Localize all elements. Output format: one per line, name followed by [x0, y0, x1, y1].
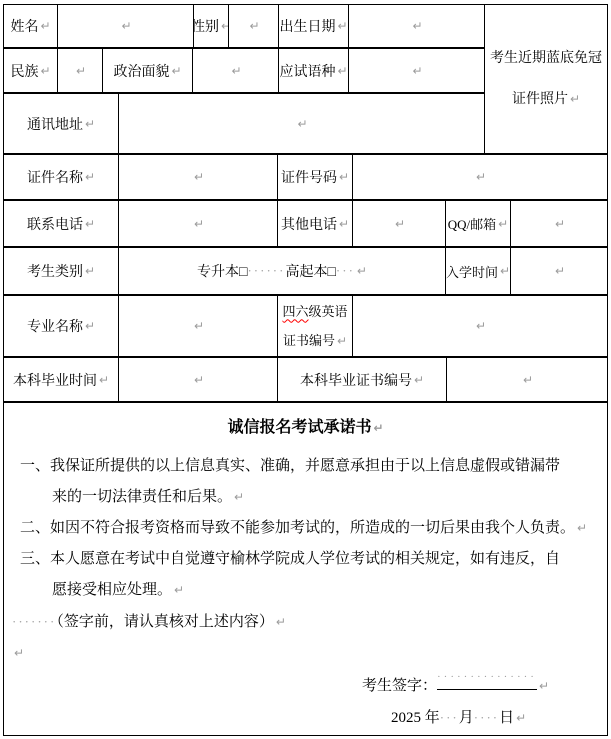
tab-leader-dots: ······· [12, 614, 56, 629]
paragraph-mark-icon: ↵ [85, 217, 95, 231]
signature-line: 考生签字：···················↵ [10, 669, 601, 702]
date-year: 2025 [391, 710, 421, 726]
gender-input-cell[interactable]: ↵ [229, 5, 279, 47]
signature-blank-field[interactable]: ··················· [437, 669, 537, 690]
other-phone-input-cell[interactable]: ↵ [353, 201, 446, 246]
date-day-label: 日 [499, 710, 514, 726]
paragraph-mark-icon: ↵ [476, 319, 486, 333]
paragraph-mark-icon: ↵ [555, 264, 565, 278]
paragraph-mark-icon: ↵ [231, 64, 241, 78]
paragraph-mark-icon: ↵ [395, 217, 405, 231]
paragraph-mark-icon: ↵ [523, 373, 533, 387]
paragraph-mark-icon: ↵ [14, 646, 24, 660]
mailing-address-input-cell[interactable]: ↵ [119, 94, 484, 153]
paragraph-mark-icon: ↵ [194, 319, 204, 333]
date-month-label: 月 [459, 710, 474, 726]
row-mailing-address: 通讯地址↵ ↵ [4, 94, 484, 153]
form-table: 姓名↵ ↵ 性别↵ ↵ 出生日期↵ ↵ 民族↵ ↵ 政治面貌↵ ↵ 应试语种↵ … [3, 4, 608, 736]
paragraph-mark-icon: ↵ [99, 373, 109, 387]
paragraph-mark-icon: ↵ [339, 170, 349, 184]
paragraph-mark-icon: ↵ [194, 217, 204, 231]
enroll-time-input-cell[interactable]: ↵ [511, 248, 607, 294]
paragraph-mark-icon: ↵ [337, 19, 347, 33]
id-name-input-cell[interactable]: ↵ [119, 155, 278, 199]
paragraph-mark-icon: ↵ [412, 19, 422, 33]
candidate-category-label: 考生类别↵ [4, 248, 119, 294]
grad-cert-no-input-cell[interactable]: ↵ [447, 358, 607, 401]
pledge-item-2: 二、如因不符合报考资格而导致不能参加考试的，所造成的一切后果由我个人负责。↵ [10, 513, 601, 544]
paragraph-mark-icon: ↵ [476, 170, 486, 184]
paragraph-mark-icon: ↵ [516, 711, 526, 725]
cet-cert-label-line1: 四六级英语 [282, 297, 347, 326]
cet-cert-label-line2: 证书编号↵ [282, 326, 347, 356]
paragraph-mark-icon: ↵ [40, 64, 50, 78]
contact-phone-label: 联系电话↵ [4, 201, 119, 246]
exam-language-label: 应试语种↵ [279, 49, 349, 92]
paragraph-mark-icon: ↵ [194, 170, 204, 184]
gender-label: 性别↵ [194, 5, 229, 47]
paragraph-mark-icon: ↵ [249, 19, 259, 33]
row-id-certificate: 证件名称↵ ↵ 证件号码↵ ↵ [4, 155, 607, 201]
paragraph-mark-icon: ↵ [577, 521, 587, 535]
political-status-label: 政治面貌↵ [103, 49, 193, 92]
grad-time-input-cell[interactable]: ↵ [119, 358, 278, 401]
photo-label-line2: 证件照片↵ [512, 79, 580, 120]
qq-email-input-cell[interactable]: ↵ [511, 201, 607, 246]
space-dots: ···· [474, 710, 499, 725]
grad-time-label: 本科毕业时间↵ [4, 358, 119, 401]
pledge-item-1: 一、我保证所提供的以上信息真实、准确，并愿意承担由于以上信息虚假或错漏带 来的一… [10, 451, 601, 513]
paragraph-mark-icon: ↵ [85, 170, 95, 184]
ethnicity-label: 民族↵ [4, 49, 58, 92]
grad-cert-no-label: 本科毕业证书编号↵ [278, 358, 447, 401]
paragraph-mark-icon: ↵ [85, 264, 95, 278]
paragraph-mark-icon: ↵ [539, 679, 549, 693]
name-input-cell[interactable]: ↵ [58, 5, 194, 47]
spellcheck-underline: 四六 [282, 304, 308, 319]
blank-line: ↵ [10, 638, 601, 669]
space-dots: ··· [440, 710, 459, 725]
qq-email-label: QQ/邮箱↵ [446, 201, 511, 246]
paragraph-mark-icon: ↵ [121, 19, 131, 33]
signature-label: 考生签字： [362, 678, 437, 694]
photo-label-line1: 考生近期蓝底免冠 [490, 39, 602, 79]
paragraph-mark-icon: ↵ [174, 583, 184, 597]
cet-cert-input-cell[interactable]: ↵ [353, 296, 607, 356]
name-label: 姓名↵ [4, 5, 58, 47]
registration-form-page: 姓名↵ ↵ 性别↵ ↵ 出生日期↵ ↵ 民族↵ ↵ 政治面貌↵ ↵ 应试语种↵ … [0, 0, 611, 739]
birth-date-label: 出生日期↵ [279, 5, 349, 47]
row-major: 专业名称↵ ↵ 四六级英语 证书编号↵ ↵ [4, 296, 607, 358]
major-name-input-cell[interactable]: ↵ [119, 296, 278, 356]
exam-language-input-cell[interactable]: ↵ [349, 49, 484, 92]
paragraph-mark-icon: ↵ [85, 319, 95, 333]
sign-note-line: ·······（签字前，请认真核对上述内容）↵ [10, 606, 601, 638]
paragraph-mark-icon: ↵ [498, 217, 508, 231]
paragraph-mark-icon: ↵ [414, 373, 424, 387]
paragraph-mark-icon: ↵ [171, 64, 181, 78]
paragraph-mark-icon: ↵ [555, 217, 565, 231]
paragraph-mark-icon: ↵ [276, 615, 286, 629]
date-line: 2025 年···月····日↵ [10, 702, 601, 734]
paragraph-mark-icon: ↵ [85, 117, 95, 131]
birth-date-input-cell[interactable]: ↵ [349, 5, 484, 47]
pledge-section: 诚信报名考试承诺书↵ 一、我保证所提供的以上信息真实、准确，并愿意承担由于以上信… [4, 403, 607, 735]
row-name: 姓名↵ ↵ 性别↵ ↵ 出生日期↵ ↵ [4, 5, 484, 49]
checkbox-zhuanshengben[interactable]: 专升本□ [197, 261, 247, 281]
paragraph-mark-icon: ↵ [373, 421, 383, 435]
space-dots: ··· [336, 263, 355, 279]
enroll-time-label: 入学时间↵ [446, 248, 511, 294]
candidate-category-options-cell: 专升本□······高起本□···↵ [119, 248, 446, 294]
ethnicity-input-cell[interactable]: ↵ [58, 49, 103, 92]
id-name-label: 证件名称↵ [4, 155, 119, 199]
paragraph-mark-icon: ↵ [234, 490, 244, 504]
pledge-item-3: 三、本人愿意在考试中自觉遵守榆林学院成人学位考试的相关规定，如有违反，自 愿接受… [10, 544, 601, 606]
space-dots: ······ [247, 263, 285, 279]
paragraph-mark-icon: ↵ [297, 117, 307, 131]
form-top-left: 姓名↵ ↵ 性别↵ ↵ 出生日期↵ ↵ 民族↵ ↵ 政治面貌↵ ↵ 应试语种↵ … [4, 5, 484, 153]
paragraph-mark-icon: ↵ [357, 264, 367, 278]
other-phone-label: 其他电话↵ [278, 201, 353, 246]
paragraph-mark-icon: ↵ [339, 217, 349, 231]
row-candidate-category: 考生类别↵ 专升本□······高起本□···↵ 入学时间↵ ↵ [4, 248, 607, 296]
form-top-section: 姓名↵ ↵ 性别↵ ↵ 出生日期↵ ↵ 民族↵ ↵ 政治面貌↵ ↵ 应试语种↵ … [4, 5, 607, 155]
paragraph-mark-icon: ↵ [570, 92, 580, 106]
political-status-input-cell[interactable]: ↵ [193, 49, 279, 92]
row-graduation: 本科毕业时间↵ ↵ 本科毕业证书编号↵ ↵ [4, 358, 607, 403]
photo-placeholder-cell: 考生近期蓝底免冠 证件照片↵ [484, 5, 607, 153]
mailing-address-label: 通讯地址↵ [4, 94, 119, 153]
pledge-title: 诚信报名考试承诺书↵ [10, 415, 601, 441]
cet-cert-label: 四六级英语 证书编号↵ [278, 296, 353, 356]
major-name-label: 专业名称↵ [4, 296, 119, 356]
date-year-label: 年 [425, 710, 440, 726]
row-phones: 联系电话↵ ↵ 其他电话↵ ↵ QQ/邮箱↵ ↵ [4, 201, 607, 248]
paragraph-mark-icon: ↵ [76, 64, 86, 78]
paragraph-mark-icon: ↵ [194, 373, 204, 387]
paragraph-mark-icon: ↵ [412, 64, 422, 78]
contact-phone-input-cell[interactable]: ↵ [119, 201, 278, 246]
paragraph-mark-icon: ↵ [337, 64, 347, 78]
id-number-label: 证件号码↵ [278, 155, 353, 199]
checkbox-gaoqiben[interactable]: 高起本□ [285, 261, 335, 281]
paragraph-mark-icon: ↵ [221, 19, 229, 33]
paragraph-mark-icon: ↵ [40, 19, 50, 33]
paragraph-mark-icon: ↵ [500, 264, 510, 278]
paragraph-mark-icon: ↵ [337, 334, 347, 348]
sign-note-text: （签字前，请认真核对上述内容） [56, 614, 274, 630]
row-ethnicity: 民族↵ ↵ 政治面貌↵ ↵ 应试语种↵ ↵ [4, 49, 484, 94]
id-number-input-cell[interactable]: ↵ [353, 155, 607, 199]
